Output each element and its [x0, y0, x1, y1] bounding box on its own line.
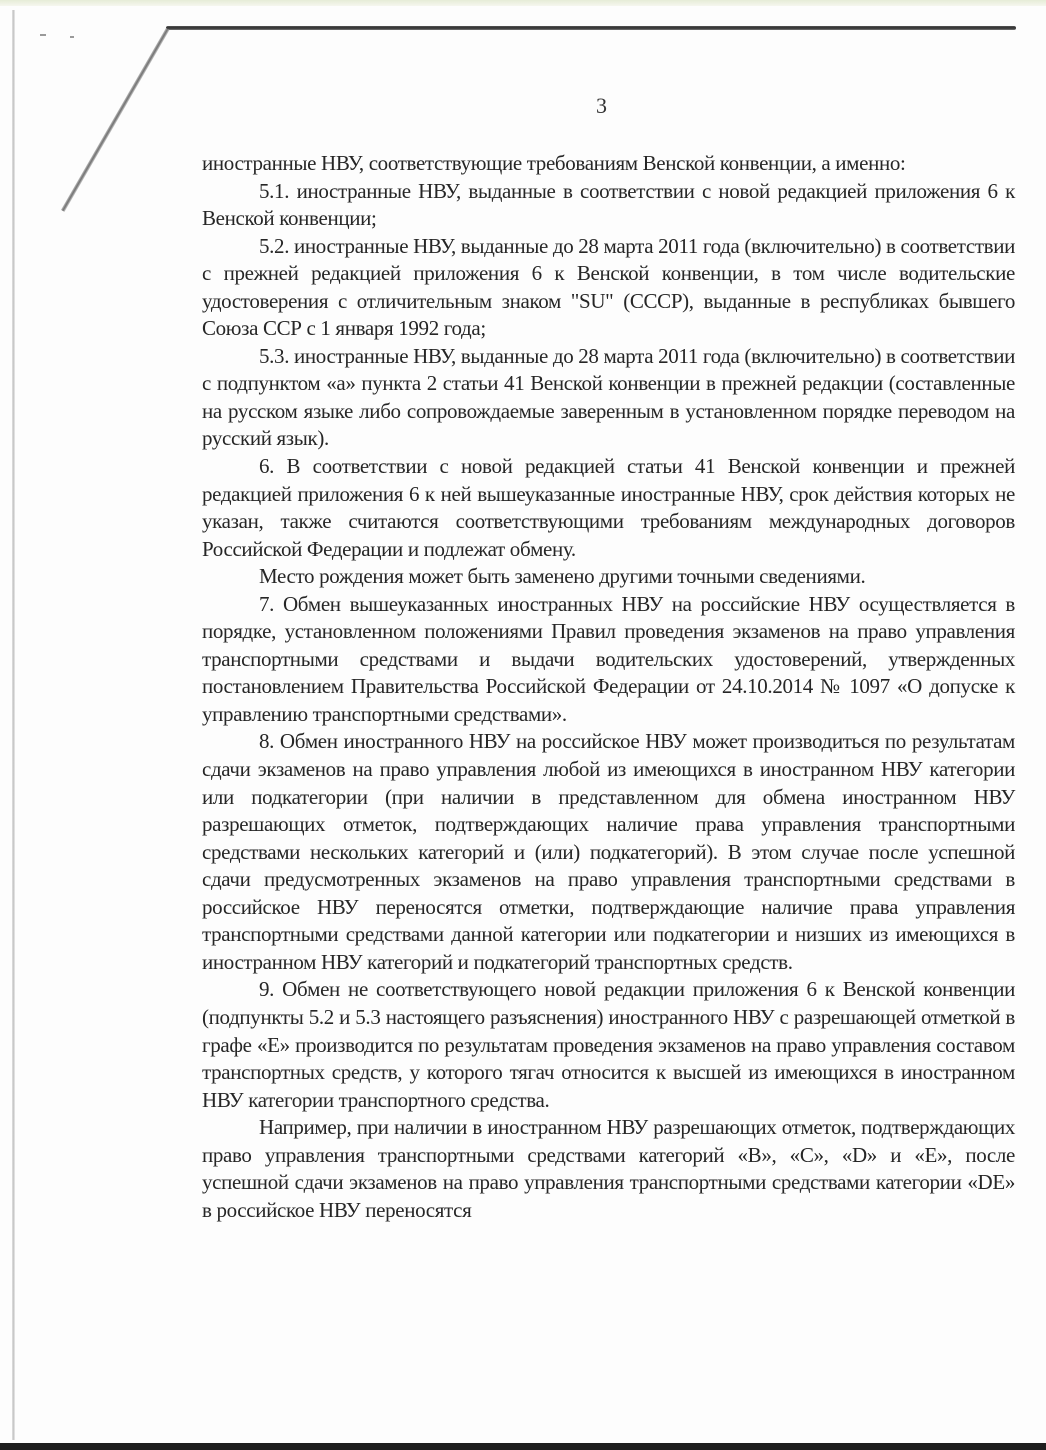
paragraph-9: 9. Обмен не соответствующего новой редак…: [202, 976, 1015, 1114]
paragraph-5-1: 5.1. иностранные НВУ, выданные в соответ…: [202, 178, 1015, 233]
page-top-edge-line: [166, 26, 1016, 30]
paragraph-8: 8. Обмен иностранного НВУ на российское …: [202, 728, 1015, 976]
scan-bottom-edge: [0, 1443, 1046, 1450]
paragraph-7: 7. Обмен вышеуказанных иностранных НВУ н…: [202, 591, 1015, 729]
scan-specks: [40, 30, 110, 40]
paragraph-birthplace: Место рождения может быть заменено други…: [202, 563, 1015, 591]
scanned-page: 3 иностранные НВУ, соответствующие требо…: [0, 0, 1046, 1450]
paragraph-example: Например, при наличии в иностранном НВУ …: [202, 1114, 1015, 1224]
page-folded-corner-edge: [61, 28, 169, 212]
page-number: 3: [596, 93, 607, 119]
scan-top-edge: [0, 0, 1046, 6]
paragraph-intro-continuation: иностранные НВУ, соответствующие требова…: [202, 150, 1015, 178]
document-body: иностранные НВУ, соответствующие требова…: [202, 150, 1015, 1224]
paragraph-5-2: 5.2. иностранные НВУ, выданные до 28 мар…: [202, 233, 1015, 343]
paragraph-6: 6. В соответствии с новой редакцией стат…: [202, 453, 1015, 563]
speck: [70, 36, 74, 38]
scan-left-edge-shadow: [12, 10, 15, 1440]
paragraph-5-3: 5.3. иностранные НВУ, выданные до 28 мар…: [202, 343, 1015, 453]
speck: [40, 34, 46, 36]
